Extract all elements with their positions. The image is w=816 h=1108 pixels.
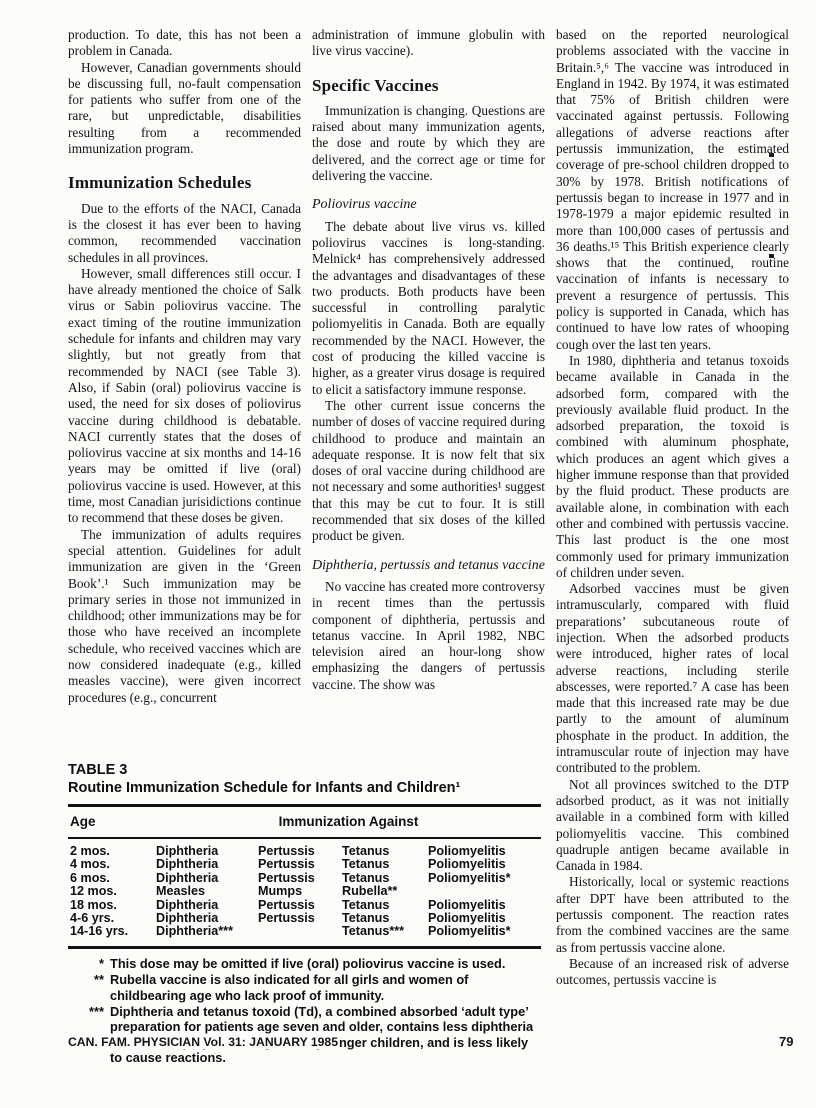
table-cell: 4-6 yrs. — [70, 912, 156, 925]
body-paragraph: The other current issue concerns the num… — [312, 398, 545, 545]
text-column-2: administration of immune globulin with l… — [312, 27, 545, 693]
body-paragraph: administration of immune globulin with l… — [312, 27, 545, 60]
table-cell: Diphtheria — [156, 872, 258, 885]
table-cell: Pertussis — [258, 845, 342, 858]
table-cell: Pertussis — [258, 899, 342, 912]
table-footnote: * This dose may be omitted if live (oral… — [68, 956, 541, 971]
body-paragraph: No vaccine has created more controversy … — [312, 579, 545, 693]
body-paragraph: Due to the efforts of the NACI, Canada i… — [68, 201, 301, 266]
table-label: TABLE 3 — [68, 762, 541, 779]
table-cell: Pertussis — [258, 912, 342, 925]
table-row: 14-16 yrs.Diphtheria***Tetanus***Poliomy… — [70, 925, 541, 938]
table-cell: Diphtheria — [156, 912, 258, 925]
subsection-heading-poliovirus-vaccine: Poliovirus vaccine — [312, 197, 545, 213]
table-cell: Tetanus — [342, 858, 428, 871]
page-number: 79 — [777, 1034, 795, 1049]
table-cell: Mumps — [258, 885, 342, 898]
table-row: 4-6 yrs.DiphtheriaPertussisTetanusPoliom… — [70, 912, 541, 925]
footnote-marker: ** — [68, 972, 110, 1003]
table-cell: Tetanus — [342, 845, 428, 858]
footnote-text: This dose may be omitted if live (oral) … — [110, 956, 541, 971]
table-cell: Tetanus — [342, 872, 428, 885]
subsection-heading-dpt-vaccine: Diphtheria, pertussis and tetanus vaccin… — [312, 558, 545, 574]
section-heading-specific-vaccines: Specific Vaccines — [312, 78, 545, 94]
table-cell: Measles — [156, 885, 258, 898]
footnote-marker: * — [68, 956, 110, 971]
body-paragraph: The immunization of adults requires spec… — [68, 527, 301, 706]
scan-artifact — [769, 153, 774, 157]
table-cell: Poliomyelitis* — [428, 925, 540, 938]
table-cell: Diphtheria*** — [156, 925, 258, 938]
table-cell: Poliomyelitis — [428, 858, 540, 871]
text-column-1: production. To date, this has not been a… — [68, 27, 301, 706]
table-cell: Diphtheria — [156, 845, 258, 858]
table-cell: 14-16 yrs. — [70, 925, 156, 938]
table-cell: Tetanus — [342, 899, 428, 912]
body-paragraph: Not all provinces switched to the DTP ad… — [556, 777, 789, 875]
table-cell: 6 mos. — [70, 872, 156, 885]
table-cell: Poliomyelitis — [428, 899, 540, 912]
table-cell: Poliomyelitis — [428, 912, 540, 925]
table-cell: 4 mos. — [70, 858, 156, 871]
table-cell: Poliomyelitis* — [428, 872, 540, 885]
body-paragraph: based on the reported neurological probl… — [556, 27, 789, 353]
table-row: 18 mos.DiphtheriaPertussisTetanusPoliomy… — [70, 899, 541, 912]
table-body: 2 mos.DiphtheriaPertussisTetanusPoliomye… — [68, 839, 541, 946]
table-cell — [428, 885, 540, 898]
table-cell: Pertussis — [258, 858, 342, 871]
text-column-3: based on the reported neurological probl… — [556, 27, 789, 989]
body-paragraph: Immunization is changing. Questions are … — [312, 103, 545, 184]
table-3: TABLE 3 Routine Immunization Schedule fo… — [68, 758, 541, 1067]
table-row: 4 mos.DiphtheriaPertussisTetanusPoliomye… — [70, 858, 541, 871]
body-paragraph: However, Canadian governments should be … — [68, 60, 301, 158]
table-cell: Diphtheria — [156, 899, 258, 912]
table-cell: Diphtheria — [156, 858, 258, 871]
table-col-header-age: Age — [70, 814, 156, 829]
table-cell: 2 mos. — [70, 845, 156, 858]
table-cell: Poliomyelitis — [428, 845, 540, 858]
table-col-header-immunization-against: Immunization Against — [156, 814, 541, 829]
table-cell: 12 mos. — [70, 885, 156, 898]
table-header-row: Age Immunization Against — [68, 807, 541, 837]
table-row: 6 mos.DiphtheriaPertussisTetanusPoliomye… — [70, 872, 541, 885]
table-cell: Rubella** — [342, 885, 428, 898]
body-paragraph: In 1980, diphtheria and tetanus toxoids … — [556, 353, 789, 581]
body-paragraph: The debate about live virus vs. killed p… — [312, 219, 545, 398]
table-footnote: ** Rubella vaccine is also indicated for… — [68, 972, 541, 1003]
table-cell: 18 mos. — [70, 899, 156, 912]
table-cell: Tetanus*** — [342, 925, 428, 938]
body-paragraph: production. To date, this has not been a… — [68, 27, 301, 60]
table-cell — [258, 925, 342, 938]
body-paragraph: Because of an increased risk of adverse … — [556, 956, 789, 989]
table-row: 2 mos.DiphtheriaPertussisTetanusPoliomye… — [70, 845, 541, 858]
table-cell: Tetanus — [342, 912, 428, 925]
table-row: 12 mos.MeaslesMumpsRubella** — [70, 885, 541, 898]
scan-artifact — [769, 254, 774, 258]
body-paragraph: However, small differences still occur. … — [68, 266, 301, 527]
table-cell: Pertussis — [258, 872, 342, 885]
body-paragraph: Historically, local or systemic reaction… — [556, 874, 789, 955]
footnote-text: Rubella vaccine is also indicated for al… — [110, 972, 541, 1003]
section-heading-immunization-schedules: Immunization Schedules — [68, 175, 301, 191]
body-paragraph: Adsorbed vaccines must be given intramus… — [556, 581, 789, 777]
table-title: Routine Immunization Schedule for Infant… — [68, 780, 541, 797]
journal-footer: CAN. FAM. PHYSICIAN Vol. 31: JANUARY 198… — [68, 1035, 338, 1049]
